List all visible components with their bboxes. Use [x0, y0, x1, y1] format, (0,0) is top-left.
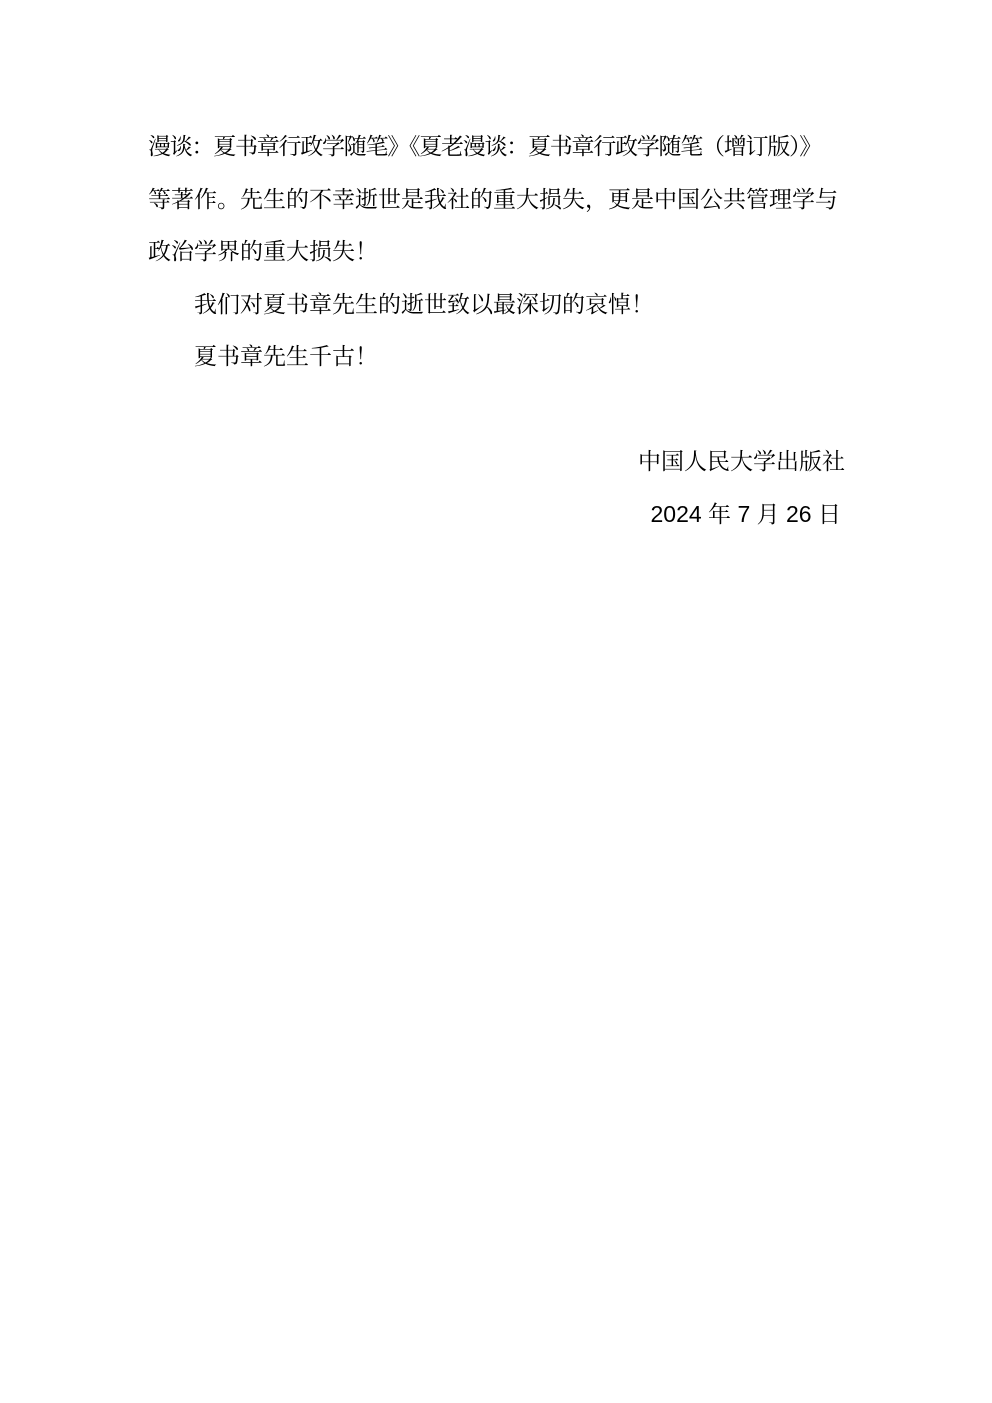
- signature-block: 中国人民大学出版社 2024 年 7 月 26 日: [148, 435, 845, 540]
- signature-organization: 中国人民大学出版社: [148, 435, 845, 488]
- body-line: 等著作。先生的不幸逝世是我社的重大损失，更是中国公共管理学与: [148, 173, 845, 226]
- signature-date: 2024 年 7 月 26 日: [148, 488, 845, 541]
- document-page: 漫谈：夏书章行政学随笔》《夏老漫谈：夏书章行政学随笔（增订版）》 等著作。先生的…: [0, 0, 992, 1403]
- body-line: 政治学界的重大损失！: [148, 225, 845, 278]
- body-line: 我们对夏书章先生的逝世致以最深切的哀悼！: [148, 278, 845, 331]
- body-line: 夏书章先生千古！: [148, 330, 845, 383]
- body-line: 漫谈：夏书章行政学随笔》《夏老漫谈：夏书章行政学随笔（增订版）》: [148, 120, 845, 173]
